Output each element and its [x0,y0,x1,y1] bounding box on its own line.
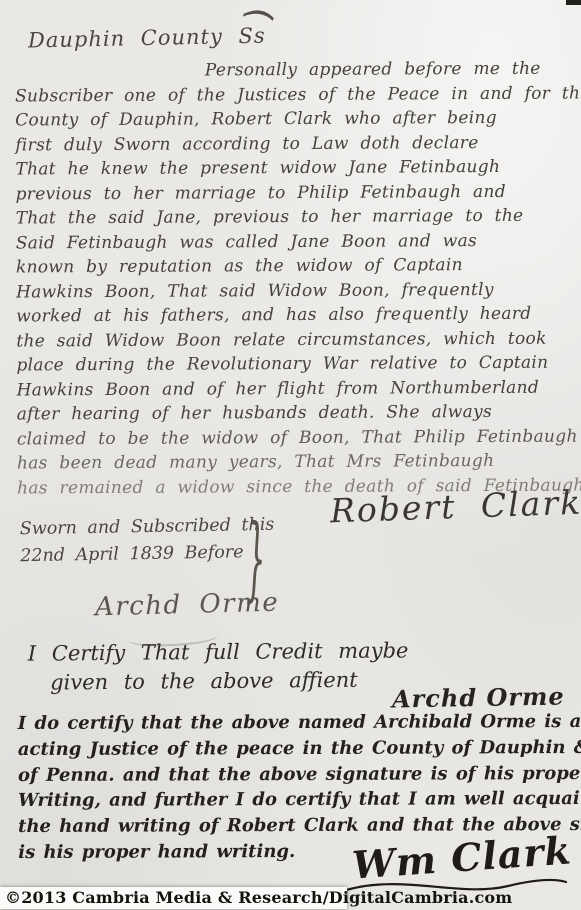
signature-robert-clark: Robert Clark [329,483,581,531]
scanned-affidavit-document: Dauphin County Ss ⁀ Personally appeared … [0,0,581,910]
affidavit-opening-line: Personally appeared before me the [15,57,569,84]
affidavit-line: place during the Revolutionary War relat… [16,351,570,378]
affidavit-line: worked at his fathers, and has also freq… [16,302,570,329]
affidavit-line: Subscriber one of the Justices of the Pe… [15,81,569,108]
copyright-watermark: ©2013 Cambria Media & Research/DigitalCa… [0,887,347,909]
justice-certification-line: of Penna. and that the above signature i… [18,761,574,789]
affidavit-line: the said Widow Boon relate circumstances… [16,326,570,353]
signature-archd-orme: Archd Orme [95,588,280,623]
credit-certification: I Certify That full Credit maybe given t… [28,636,409,697]
affidavit-line: after hearing of her husbands death. She… [17,400,571,427]
county-heading: Dauphin County Ss [28,24,266,53]
affidavit-line: previous to her marriage to Philip Fetin… [15,179,569,206]
affidavit-line: Hawkins Boon and of her flight from Nort… [17,375,571,402]
affidavit-line: County of Dauphin, Robert Clark who afte… [15,106,569,133]
attestation-line: 22nd April 1839 Before [20,539,275,570]
attestation-block: Sworn and Subscribed this 22nd April 183… [20,512,275,570]
affidavit-line: known by reputation as the widow of Capt… [16,253,570,280]
scan-corner-artifact [566,0,581,5]
affidavit-line: first duly Sworn according to Law doth d… [15,130,569,157]
affidavit-body: Personally appeared before me the Subscr… [15,57,571,501]
affidavit-line: That the said Jane, previous to her marr… [16,204,570,231]
affidavit-line: has been dead many years, That Mrs Fetin… [17,449,571,476]
affidavit-line: Said Fetinbaugh was called Jane Boon and… [16,228,570,255]
justice-certification-line: I do certify that the above named Archib… [18,709,574,737]
affidavit-line: Hawkins Boon, That said Widow Boon, freq… [16,277,570,304]
justice-certification-line: acting Justice of the peace in the Count… [18,735,574,763]
justice-certification-line: Writing, and further I do certify that I… [18,786,574,814]
credit-certification-line: given to the above affient [28,665,409,697]
affidavit-line: claimed to be the widow of Boon, That Ph… [17,424,571,451]
credit-certification-line: I Certify That full Credit maybe [28,636,409,668]
affidavit-line: That he knew the present widow Jane Feti… [15,155,569,182]
